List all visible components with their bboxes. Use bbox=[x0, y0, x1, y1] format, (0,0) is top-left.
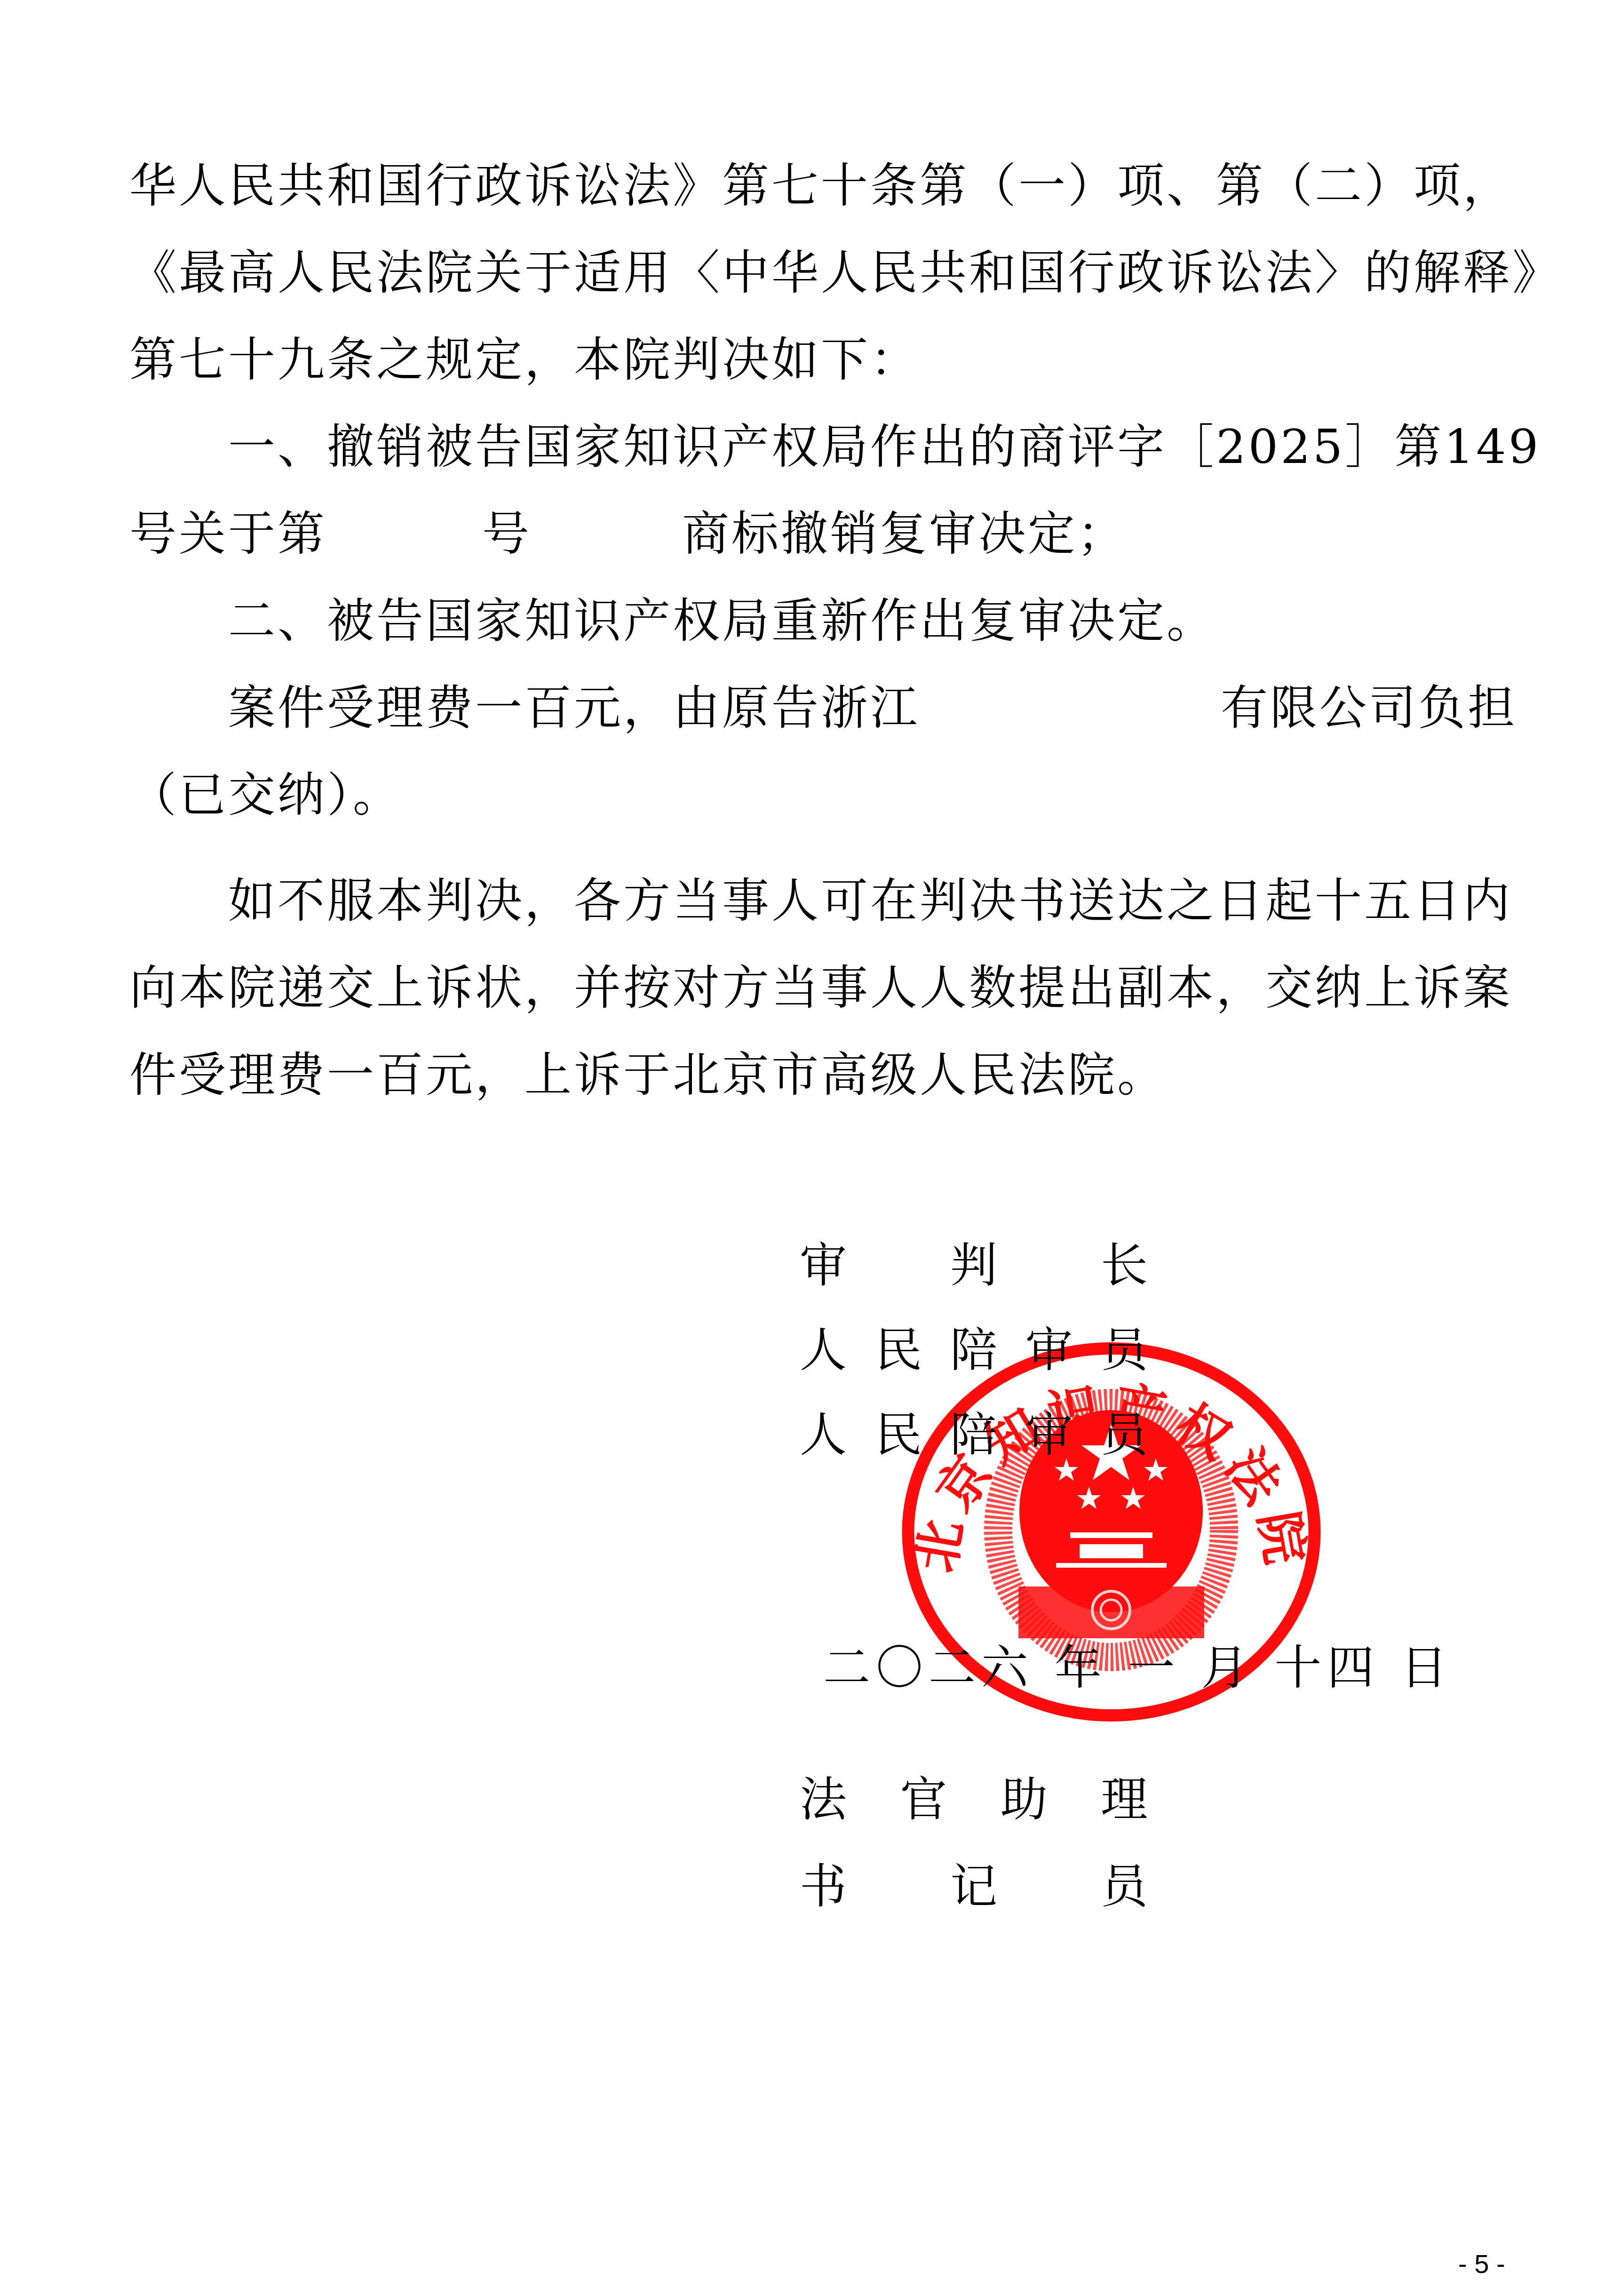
fee-text-a: 案件受理费一百元，由原告浙江 bbox=[228, 680, 920, 735]
appeal-line-2: 向本院递交上诉状，并按对方当事人人数提出副本，交纳上诉案 bbox=[129, 960, 1512, 1016]
label-presiding-judge: 审 判 长 bbox=[800, 1237, 1148, 1294]
fee-text-b: 有限公司负担 bbox=[1221, 680, 1517, 735]
signature-juror-1: 人 民 陪 审 员 bbox=[800, 1322, 1148, 1379]
signature-presiding-judge: 审 判 长 bbox=[800, 1237, 1148, 1294]
svg-text:北京知识产权法院: 北京知识产权法院 bbox=[905, 1375, 1318, 1577]
signature-juror-2: 人 民 陪 审 员 bbox=[800, 1407, 1148, 1463]
appeal-line-3: 件受理费一百元，上诉于北京市高级人民法院。 bbox=[129, 1047, 1167, 1103]
signature-judge-assistant: 法 官 助 理 bbox=[800, 1771, 1148, 1828]
body-line-1: 华人民共和国行政诉讼法》第七十条第（一）项、第（二）项， bbox=[129, 158, 1512, 214]
appeal-line-1: 如不服本判决，各方当事人可在判决书送达之日起十五日内 bbox=[228, 873, 1512, 929]
page-number: - 5 - bbox=[1458, 2250, 1505, 2278]
fee-paragraph-line-1: 案件受理费一百元，由原告浙江有限公司负担 bbox=[228, 680, 1517, 736]
signature-court-clerk: 书 记 员 bbox=[800, 1858, 1148, 1915]
body-line-2: 《最高人民法院关于适用〈中华人民共和国行政诉讼法〉的解释》 bbox=[129, 245, 1562, 301]
fee-paragraph-line-2: （已交纳）。 bbox=[129, 767, 402, 823]
verdict-item-1: 一、撤销被告国家知识产权局作出的商评字［2025］第149 bbox=[228, 419, 1541, 475]
label-people-juror: 人 民 陪 审 员 bbox=[800, 1322, 1148, 1379]
label-judge-assistant: 法 官 助 理 bbox=[800, 1771, 1148, 1828]
document-page: 华人民共和国行政诉讼法》第七十条第（一）项、第（二）项， 《最高人民法院关于适用… bbox=[0, 0, 1621, 2296]
verdict-text-a: 号关于第 bbox=[129, 506, 327, 561]
verdict-item-2: 二、被告国家知识产权局重新作出复审决定。 bbox=[228, 593, 1216, 649]
verdict-item-1-cont: 号关于第号商标撤销复审决定； bbox=[129, 506, 1127, 562]
label-people-juror: 人 民 陪 审 员 bbox=[800, 1407, 1148, 1463]
body-line-3: 第七十九条之规定，本院判决如下： bbox=[129, 332, 920, 388]
judgment-date: 二〇二六 年 一 月 十四 日 bbox=[823, 1640, 1453, 1696]
verdict-text-b: 号 bbox=[482, 506, 532, 561]
verdict-text-c: 商标撤销复审决定； bbox=[682, 506, 1127, 561]
label-court-clerk: 书 记 员 bbox=[800, 1858, 1148, 1915]
